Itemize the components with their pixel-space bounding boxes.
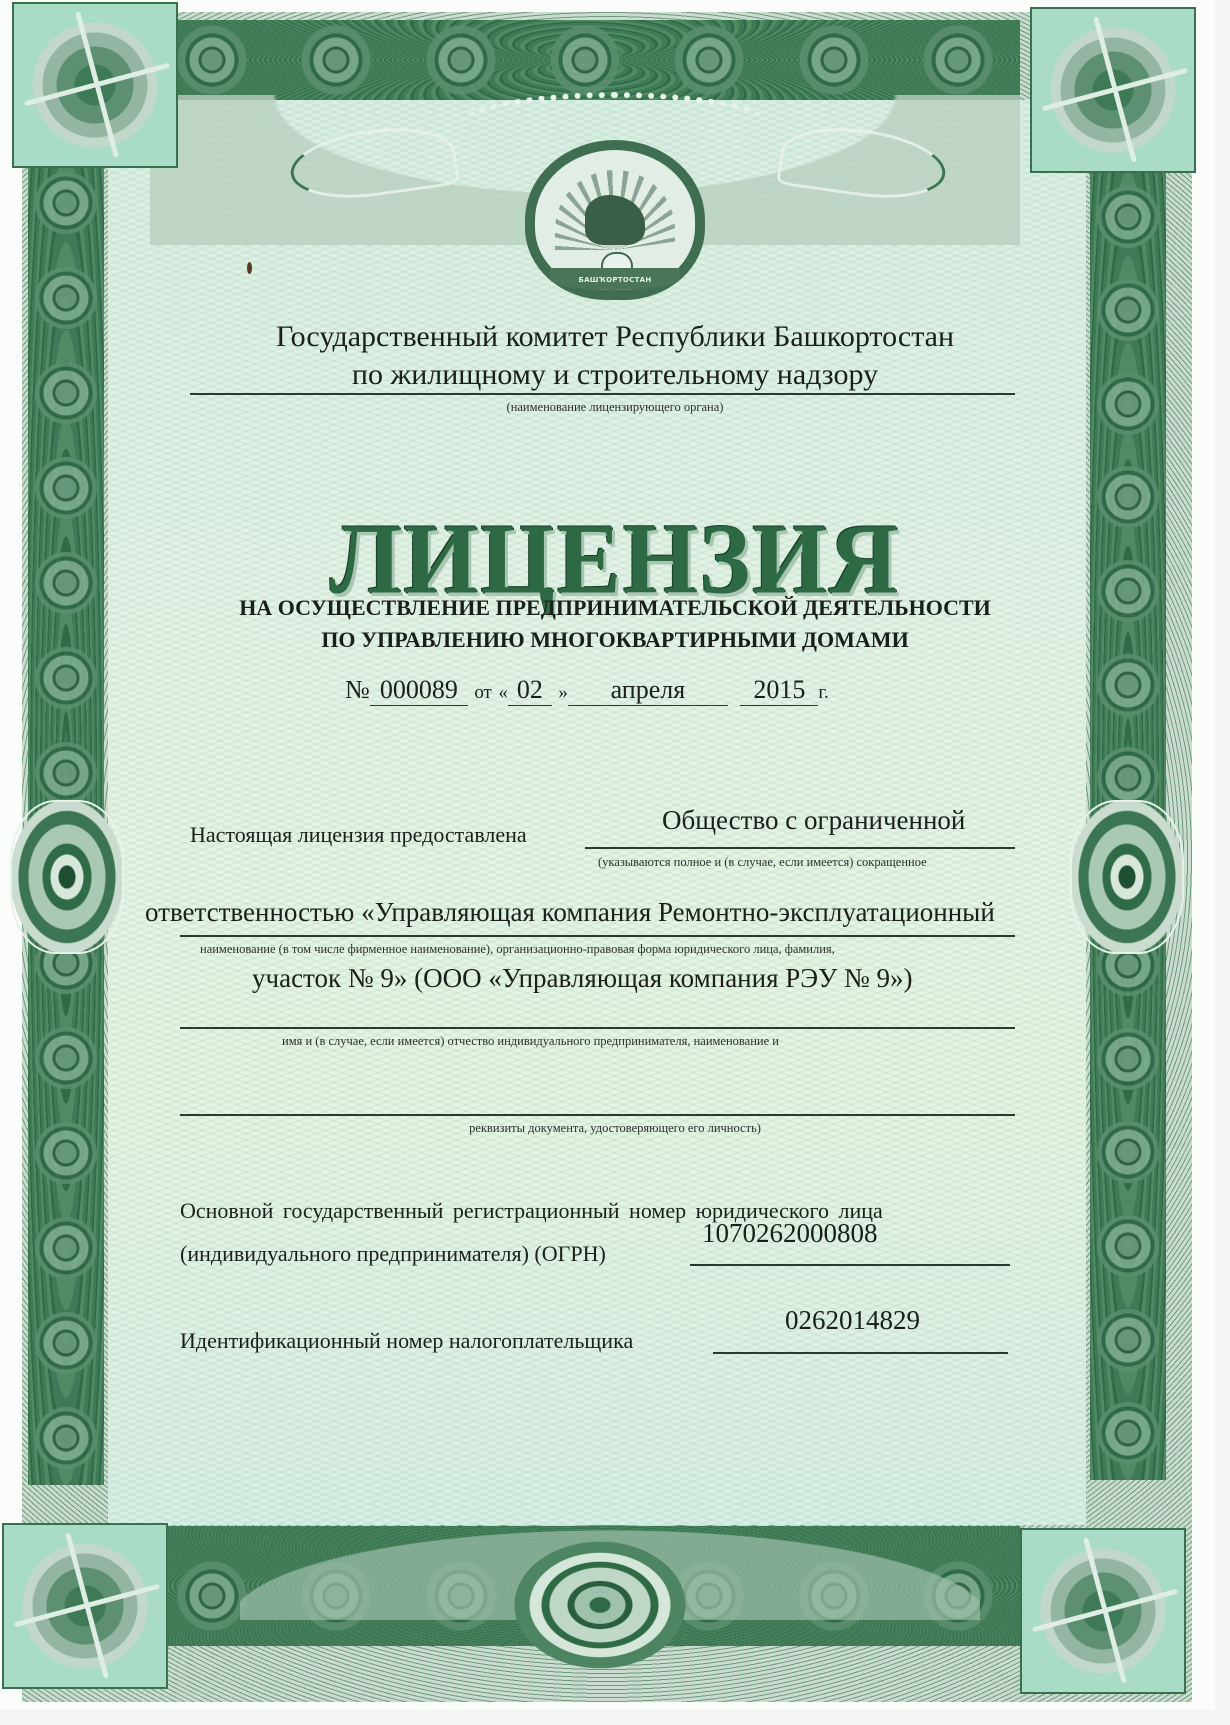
licensee-caption3: имя и (в случае, если имеется) отчество … bbox=[282, 1034, 779, 1049]
subtitle-line1: НА ОСУЩЕСТВЛЕНИЕ ПРЕДПРИНИМАТЕЛЬСКОЙ ДЕЯ… bbox=[0, 595, 1230, 621]
rosette-ornament bbox=[177, 1561, 247, 1631]
rosette-ornament bbox=[674, 25, 744, 95]
licensee-name-line1: Общество с ограниченной bbox=[662, 805, 965, 836]
authority-caption: (наименование лицензирующего органа) bbox=[0, 400, 1230, 415]
inn-label: Идентификационный номер налогоплательщик… bbox=[180, 1328, 633, 1354]
licensee-caption4: реквизиты документа, удостоверяющего его… bbox=[0, 1121, 1230, 1136]
ogrn-value: 1070262000808 bbox=[702, 1218, 878, 1249]
license-sheet: БАШҠОРТОСТАН Государственный комитет Рес… bbox=[0, 0, 1215, 1710]
licensee-underline2 bbox=[180, 935, 1015, 937]
corner-rosette-bottom-left bbox=[2, 1523, 168, 1689]
license-month-field: апреля bbox=[568, 677, 728, 706]
rosette-ornament bbox=[301, 25, 371, 95]
ogrn-underline bbox=[690, 1264, 1010, 1266]
paper-stain bbox=[247, 262, 252, 274]
licensee-underline4 bbox=[180, 1114, 1015, 1116]
corner-rosette-bottom-right bbox=[1020, 1528, 1186, 1694]
issuing-authority-line2: по жилищному и строительному надзору bbox=[0, 358, 1230, 392]
bottom-medallion-ornament bbox=[465, 1505, 735, 1705]
number-prefix: № bbox=[345, 675, 370, 704]
left-medallion-ornament bbox=[10, 800, 124, 954]
licensee-underline1 bbox=[585, 847, 1015, 849]
rosette-ornament bbox=[799, 25, 869, 95]
license-day-field: 02 bbox=[508, 677, 552, 706]
inn-underline bbox=[713, 1352, 1008, 1354]
issuing-authority-line1: Государственный комитет Республики Башко… bbox=[0, 320, 1230, 354]
rosette-ornament bbox=[550, 25, 620, 95]
rosette-ornament bbox=[177, 25, 247, 95]
licensee-caption1: (указываются полное и (в случае, если им… bbox=[598, 855, 927, 870]
licensee-underline3 bbox=[180, 1027, 1015, 1029]
subtitle-line2: ПО УПРАВЛЕНИЮ МНОГОКВАРТИРНЫМИ ДОМАМИ bbox=[0, 627, 1230, 653]
top-border-band bbox=[150, 20, 1020, 100]
licensee-name-line3: участок № 9» (ООО «Управляющая компания … bbox=[252, 963, 912, 994]
ogrn-label-line2: (индивидуального предпринимателя) (ОГРН) bbox=[180, 1241, 606, 1267]
license-number-line: №000089 от «02 »апреля 2015г. bbox=[345, 675, 829, 706]
rosette-ornament bbox=[426, 25, 496, 95]
licensee-caption2: наименование (в том числе фирменное наим… bbox=[200, 942, 835, 957]
year-suffix: г. bbox=[818, 682, 828, 703]
authority-underline bbox=[190, 393, 1015, 395]
inn-value: 0262014829 bbox=[785, 1305, 920, 1336]
corner-rosette-top-left bbox=[12, 2, 178, 168]
corner-rosette-top-right bbox=[1030, 7, 1196, 173]
licensee-name-line2: ответственностью «Управляющая компания Р… bbox=[145, 897, 995, 928]
licensee-label: Настоящая лицензия предоставлена bbox=[190, 822, 527, 848]
rosette-ornament bbox=[923, 25, 993, 95]
right-medallion-ornament bbox=[1070, 800, 1184, 954]
coat-of-arms-emblem: БАШҠОРТОСТАН bbox=[515, 140, 715, 310]
license-number-field: 000089 bbox=[370, 677, 468, 706]
from-label: от bbox=[474, 682, 492, 703]
emblem-ribbon: БАШҠОРТОСТАН bbox=[550, 268, 680, 290]
license-year-field: 2015 bbox=[740, 677, 818, 706]
